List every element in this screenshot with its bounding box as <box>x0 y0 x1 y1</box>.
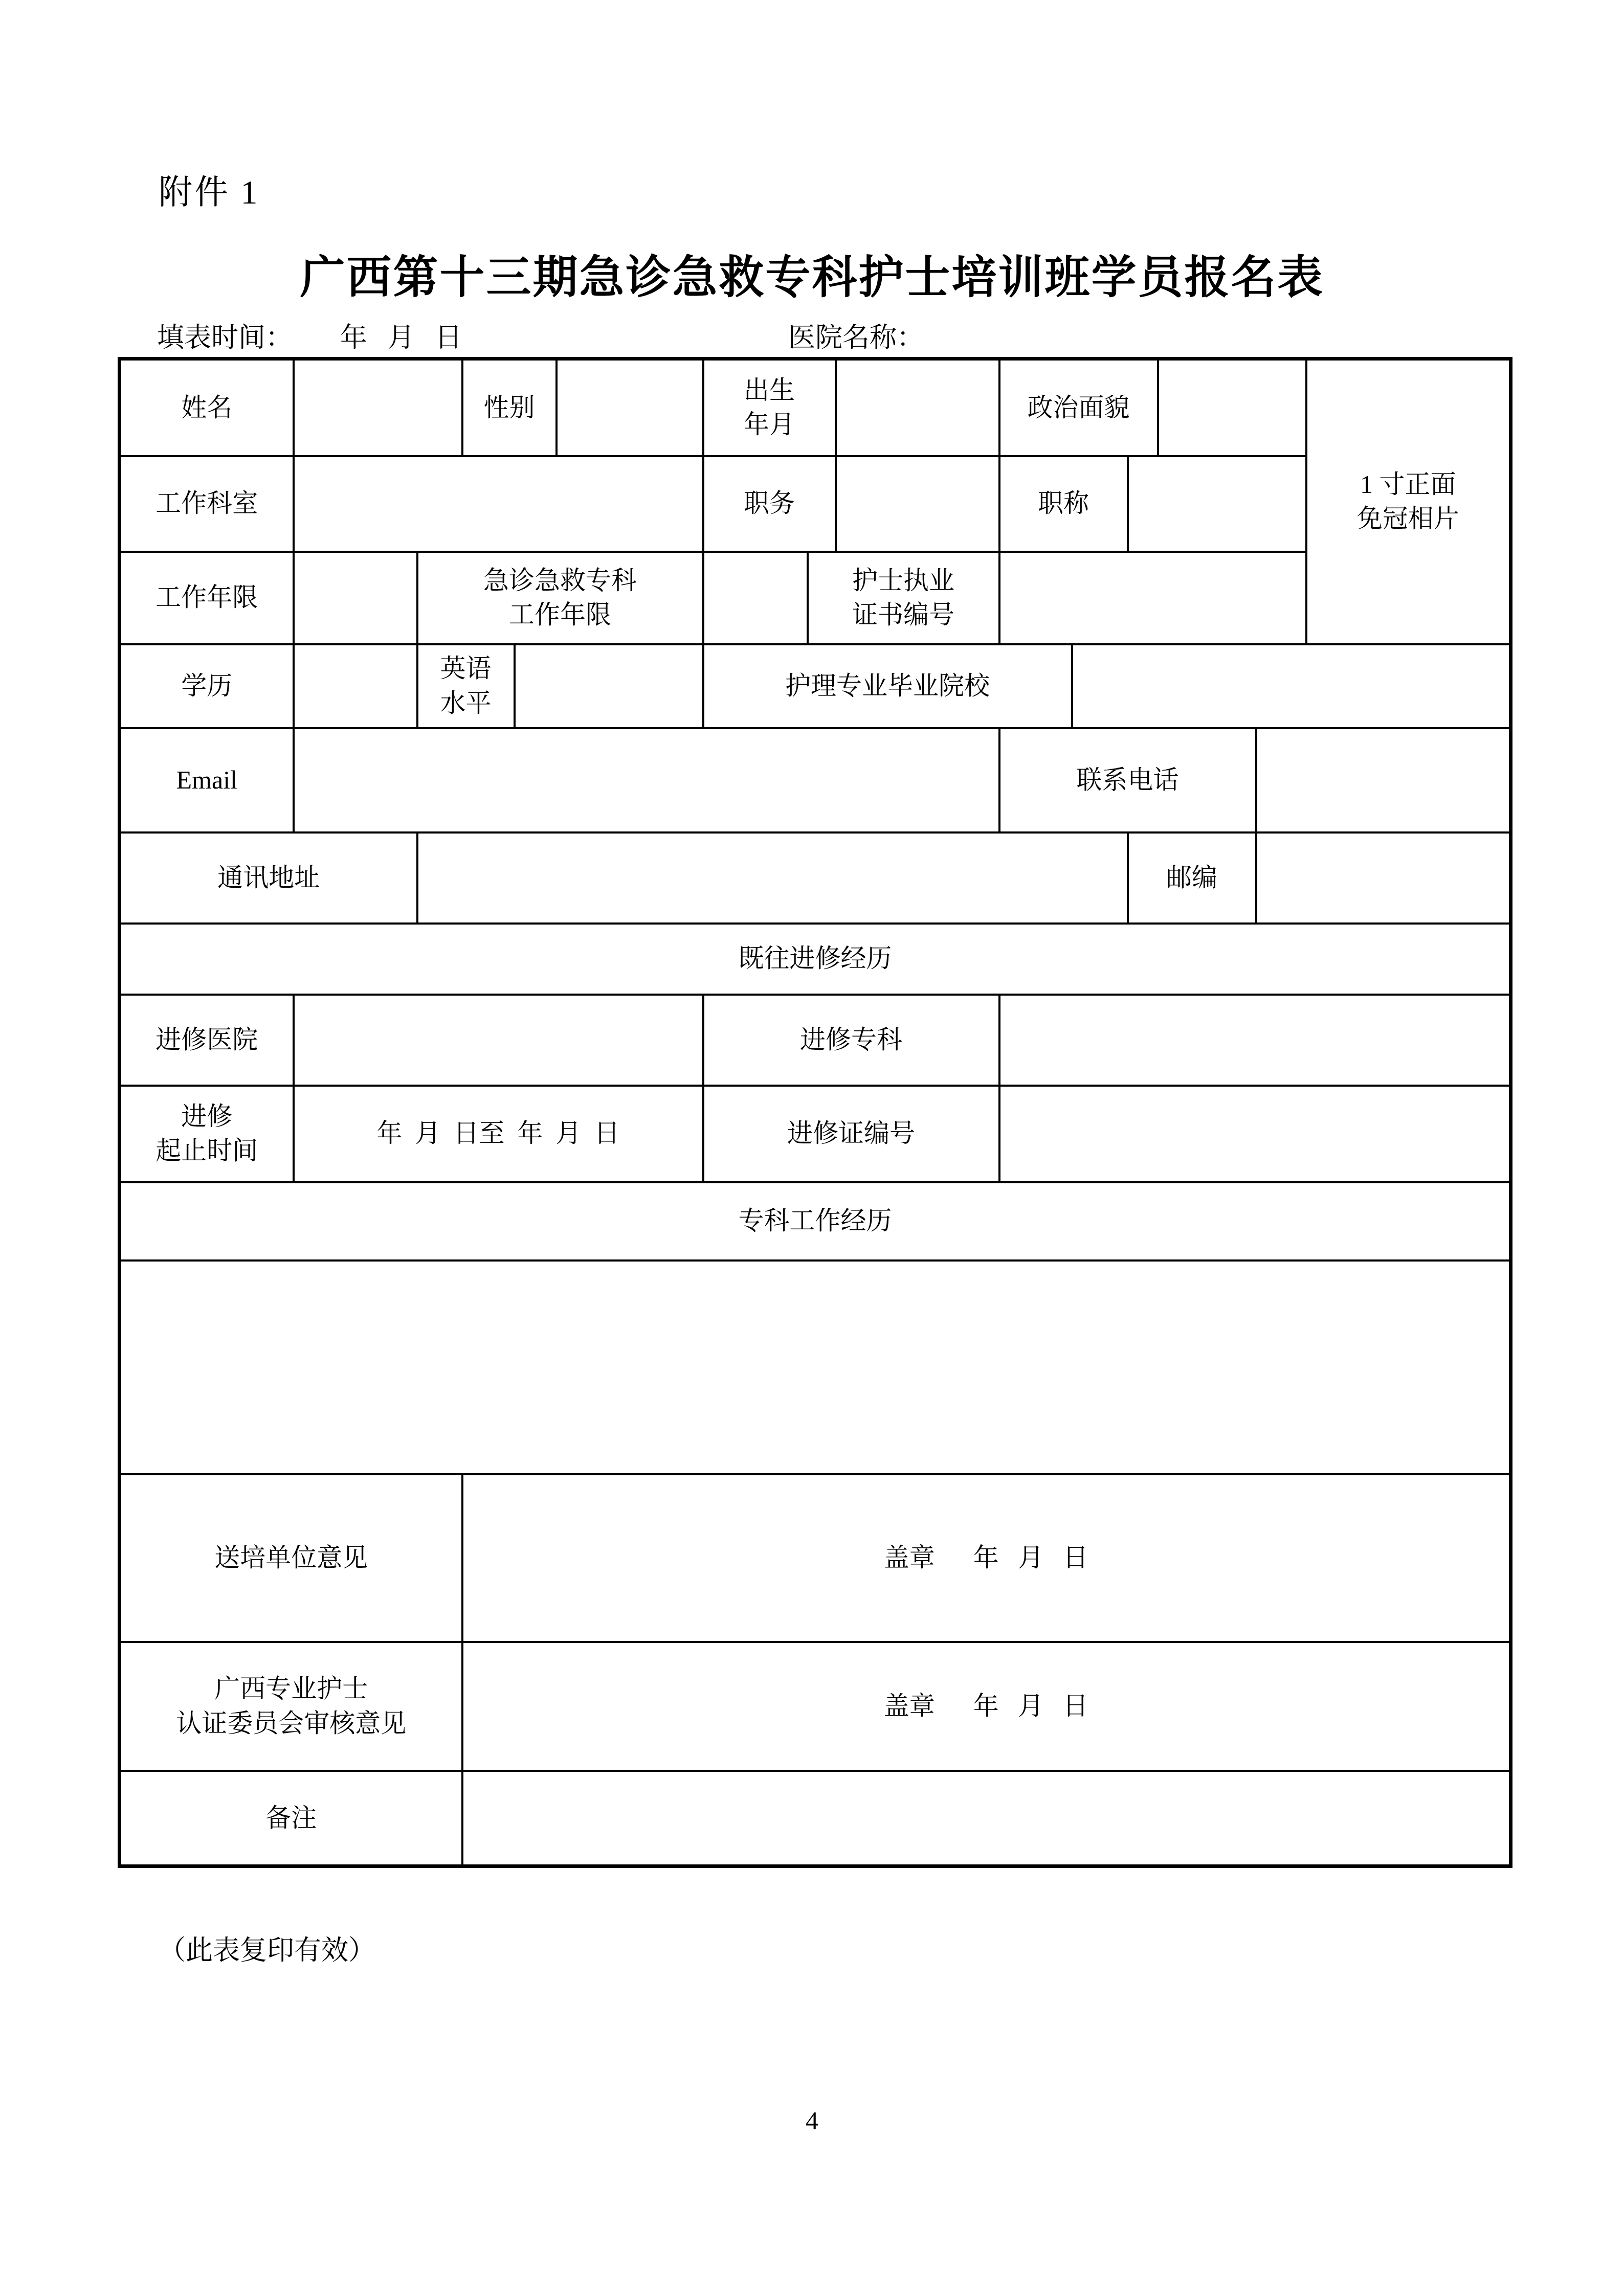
er-years-label: 急诊急救专科 工作年限 <box>417 552 703 644</box>
copy-valid-note: （此表复印有效） <box>159 1929 375 1968</box>
zip-value-cell <box>1256 832 1511 924</box>
row-address: 通讯地址 邮编 <box>120 832 1511 924</box>
training-hospital-value-cell <box>294 995 703 1086</box>
row-department: 工作科室 职务 职称 <box>120 456 1511 552</box>
unit-opinion-seal-cell: 盖章 年 月 日 <box>462 1474 1511 1642</box>
school-value-cell <box>1072 644 1511 728</box>
title-value-cell <box>1128 456 1306 552</box>
row-training-period: 进修 起止时间 年 月 日至 年 月 日 进修证编号 <box>120 1086 1511 1182</box>
row-specialty-work-header: 专科工作经历 <box>120 1182 1511 1260</box>
attachment-label: 附件 1 <box>159 165 260 213</box>
row-training-hospital: 进修医院 进修专科 <box>120 995 1511 1086</box>
committee-opinion-seal-cell: 盖章 年 月 日 <box>462 1642 1511 1771</box>
training-cert-value-cell <box>999 1086 1511 1182</box>
education-label: 学历 <box>120 644 294 728</box>
training-cert-label: 进修证编号 <box>703 1086 999 1182</box>
photo-placeholder-cell: 1 寸正面 免冠相片 <box>1306 359 1511 644</box>
address-label: 通讯地址 <box>120 832 417 924</box>
form-meta-line: 填表时间： 年 月 日 医院名称： <box>0 316 1624 357</box>
row-training-history-header: 既往进修经历 <box>120 924 1511 995</box>
unit-opinion-label: 送培单位意见 <box>120 1474 462 1642</box>
document-page: 附件 1 广西第十三期急诊急救专科护士培训班学员报名表 填表时间： 年 月 日 … <box>0 0 1624 2296</box>
english-value-cell <box>515 644 703 728</box>
page-number: 4 <box>0 2106 1624 2135</box>
school-label: 护理专业毕业院校 <box>703 644 1072 728</box>
committee-opinion-label: 广西专业护士 认证委员会审核意见 <box>120 1642 462 1771</box>
political-label: 政治面貌 <box>999 359 1158 456</box>
row-email: Email 联系电话 <box>120 728 1511 832</box>
fill-time-label: 填表时间： 年 月 日 <box>157 316 462 355</box>
row-unit-opinion: 送培单位意见 盖章 年 月 日 <box>120 1474 1511 1642</box>
specialty-work-value-cell <box>120 1260 1511 1474</box>
birth-label: 出生 年月 <box>703 359 836 456</box>
birth-value-cell <box>836 359 999 456</box>
work-years-label: 工作年限 <box>120 552 294 644</box>
title-label: 职称 <box>999 456 1128 552</box>
gender-label: 性别 <box>462 359 557 456</box>
phone-value-cell <box>1256 728 1511 832</box>
remarks-label: 备注 <box>120 1771 462 1866</box>
name-value-cell <box>294 359 462 456</box>
work-years-value-cell <box>294 552 417 644</box>
page-title: 广西第十三期急诊急救专科护士培训班学员报名表 <box>0 241 1624 306</box>
dept-label: 工作科室 <box>120 456 294 552</box>
training-specialty-value-cell <box>999 995 1511 1086</box>
row-name: 姓名 性别 出生 年月 政治面貌 1 寸正面 免冠相片 <box>120 359 1511 456</box>
training-hospital-label: 进修医院 <box>120 995 294 1086</box>
license-label: 护士执业 证书编号 <box>808 552 999 644</box>
address-value-cell <box>417 832 1128 924</box>
political-value-cell <box>1158 359 1306 456</box>
name-label: 姓名 <box>120 359 294 456</box>
training-period-label: 进修 起止时间 <box>120 1086 294 1182</box>
zip-label: 邮编 <box>1128 832 1256 924</box>
remarks-value-cell <box>462 1771 1511 1866</box>
email-value-cell <box>294 728 999 832</box>
row-remarks: 备注 <box>120 1771 1511 1866</box>
english-label: 英语 水平 <box>417 644 515 728</box>
education-value-cell <box>294 644 417 728</box>
dept-value-cell <box>294 456 703 552</box>
training-period-value-cell: 年 月 日至 年 月 日 <box>294 1086 703 1182</box>
duty-value-cell <box>836 456 999 552</box>
hospital-name-label: 医院名称： <box>788 316 924 355</box>
row-committee-opinion: 广西专业护士 认证委员会审核意见 盖章 年 月 日 <box>120 1642 1511 1771</box>
phone-label: 联系电话 <box>999 728 1256 832</box>
row-work-years: 工作年限 急诊急救专科 工作年限 护士执业 证书编号 <box>120 552 1511 644</box>
specialty-work-header: 专科工作经历 <box>120 1182 1511 1260</box>
registration-form-table: 姓名 性别 出生 年月 政治面貌 1 寸正面 免冠相片 工作科室 职务 职称 工… <box>118 357 1512 1868</box>
row-specialty-work-blank <box>120 1260 1511 1474</box>
row-education: 学历 英语 水平 护理专业毕业院校 <box>120 644 1511 728</box>
training-specialty-label: 进修专科 <box>703 995 999 1086</box>
email-label: Email <box>120 728 294 832</box>
gender-value-cell <box>557 359 703 456</box>
er-years-value-cell <box>703 552 808 644</box>
license-value-cell <box>999 552 1306 644</box>
duty-label: 职务 <box>703 456 836 552</box>
training-history-header: 既往进修经历 <box>120 924 1511 995</box>
